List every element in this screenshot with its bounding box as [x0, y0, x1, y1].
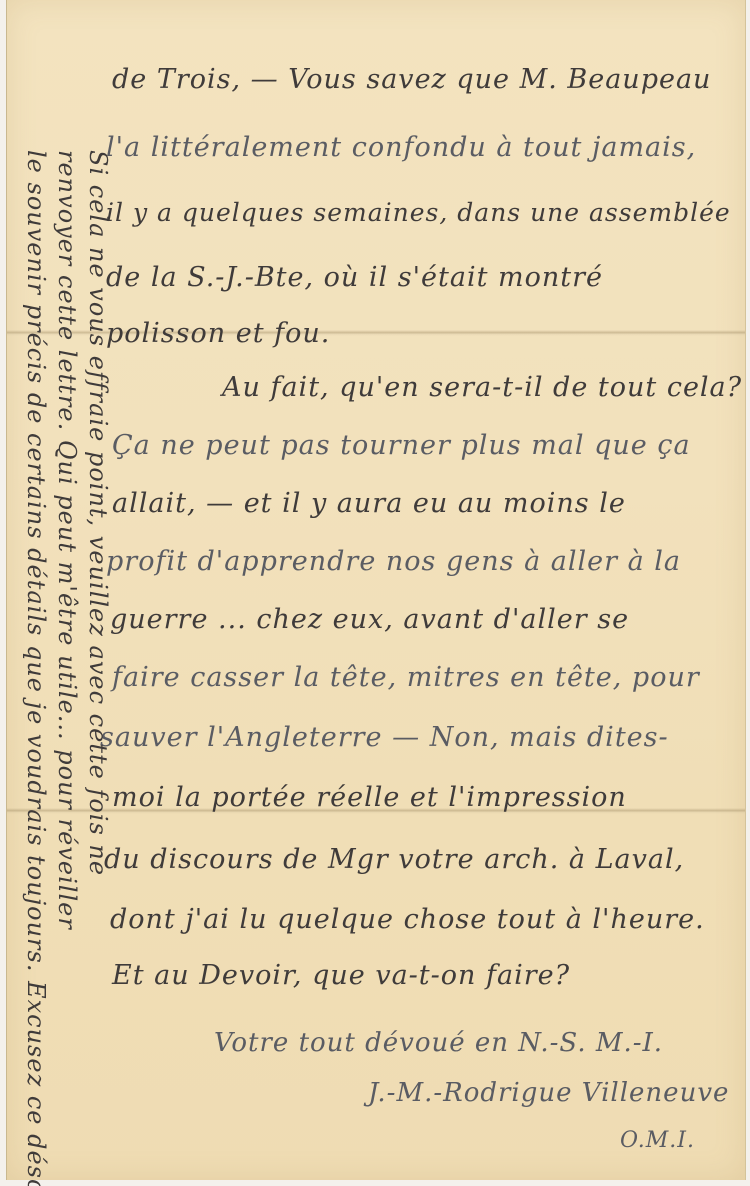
- letter-line: de la S.-J.-Bte, où il s'était montré: [106, 262, 603, 293]
- letter-line: allait, — et il y aura eu au moins le: [112, 488, 626, 519]
- margin-note-line: renvoyer cette lettre. Qui peut m'être u…: [51, 150, 82, 1186]
- signature-suffix: O.M.I.: [620, 1128, 695, 1153]
- letter-line: guerre ... chez eux, avant d'aller se: [110, 604, 629, 635]
- letter-line: du discours de Mgr votre arch. à Laval,: [104, 844, 684, 875]
- letter-line: profit d'apprendre nos gens à aller à la: [106, 546, 681, 577]
- margin-note-line: le souvenir précis de certains détails q…: [20, 150, 51, 1186]
- letter-line: sauver l'Angleterre — Non, mais dites-: [100, 722, 669, 753]
- letter-line: dont j'ai lu quelque chose tout à l'heur…: [110, 904, 705, 935]
- letter-page: [6, 0, 746, 1180]
- letter-line: Et au Devoir, que va-t-on faire?: [112, 960, 570, 991]
- closing: Votre tout dévoué en N.-S. M.-I.: [214, 1028, 663, 1058]
- letter-line: Au fait, qu'en sera-t-il de tout cela?: [222, 372, 742, 403]
- signature: J.-M.-Rodrigue Villeneuve: [368, 1078, 729, 1108]
- letter-line: l'a littéralement confondu à tout jamais…: [106, 132, 696, 163]
- margin-note-line: Si cela ne vous effraie point, veuillez …: [82, 150, 113, 1186]
- letter-line: de Trois, — Vous savez que M. Beaupeau: [112, 64, 711, 95]
- letter-line: Ça ne peut pas tourner plus mal que ça: [112, 430, 691, 461]
- letter-line: polisson et fou.: [106, 318, 330, 349]
- letter-line: moi la portée réelle et l'impression: [112, 782, 627, 813]
- letter-line: faire casser la tête, mitres en tête, po…: [112, 662, 700, 693]
- letter-line: il y a quelques semaines, dans une assem…: [106, 198, 731, 227]
- margin-note: Si cela ne vous effraie point, veuillez …: [20, 150, 113, 1186]
